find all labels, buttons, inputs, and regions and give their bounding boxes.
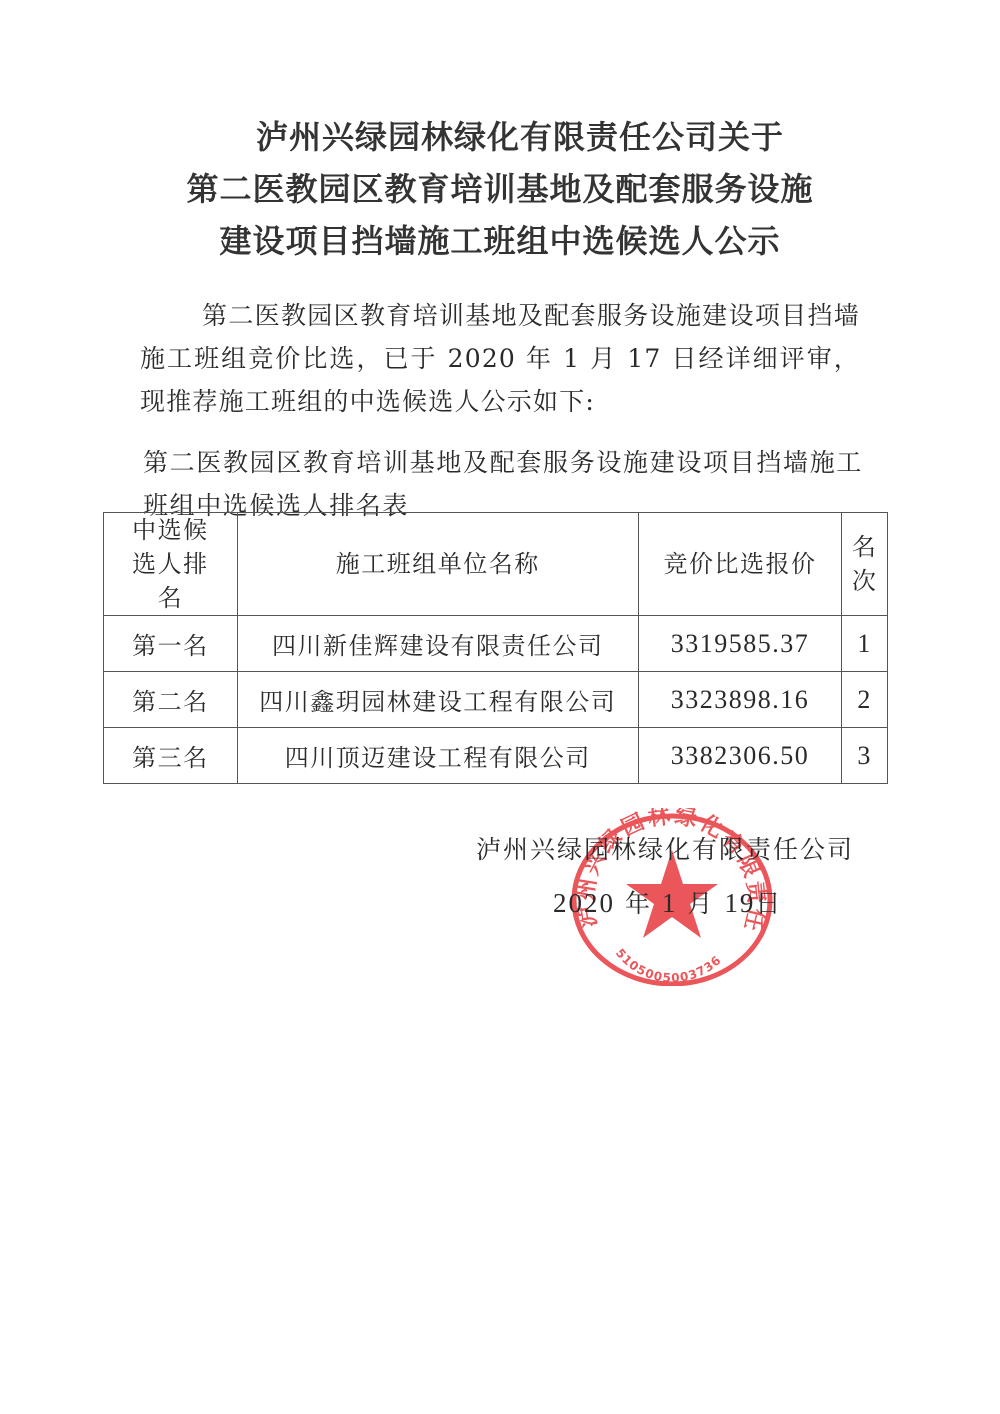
title-line-3: 建设项目挡墙施工班组中选候选人公示 bbox=[0, 216, 1000, 262]
table-header-row: 中选候选人排名 施工班组单位名称 竞价比选报价 名次 bbox=[104, 513, 888, 616]
bid-amount: 3319585.37 bbox=[638, 616, 841, 672]
place: 1 bbox=[842, 616, 888, 672]
table-row: 第三名 四川顶迈建设工程有限公司 3382306.50 3 bbox=[104, 728, 888, 784]
header-bid: 竞价比选报价 bbox=[638, 513, 841, 616]
candidate-ranking-table: 中选候选人排名 施工班组单位名称 竞价比选报价 名次 第一名 四川新佳辉建设有限… bbox=[103, 512, 888, 784]
company-name: 四川顶迈建设工程有限公司 bbox=[237, 728, 638, 784]
place: 3 bbox=[842, 728, 888, 784]
header-company: 施工班组单位名称 bbox=[237, 513, 638, 616]
seal-code: 5105005003736 bbox=[613, 946, 725, 985]
signature-organization: 泸州兴绿园林绿化有限责任公司 bbox=[476, 830, 854, 866]
company-name: 四川新佳辉建设有限责任公司 bbox=[237, 616, 638, 672]
table-row: 第一名 四川新佳辉建设有限责任公司 3319585.37 1 bbox=[104, 616, 888, 672]
header-rank: 中选候选人排名 bbox=[104, 513, 238, 616]
day-char: 日 bbox=[755, 889, 782, 918]
bid-amount: 3382306.50 bbox=[638, 728, 841, 784]
header-place: 名次 bbox=[842, 513, 888, 616]
company-name: 四川鑫玥园林建设工程有限公司 bbox=[237, 672, 638, 728]
bid-amount: 3323898.16 bbox=[638, 672, 841, 728]
rank-label: 第一名 bbox=[104, 616, 238, 672]
table-row: 第二名 四川鑫玥园林建设工程有限公司 3323898.16 2 bbox=[104, 672, 888, 728]
rank-label: 第三名 bbox=[104, 728, 238, 784]
rank-label: 第二名 bbox=[104, 672, 238, 728]
signature-date: 2020 年 1 月 19日 bbox=[553, 884, 782, 920]
place: 2 bbox=[842, 672, 888, 728]
intro-paragraph: 第二医教园区教育培训基地及配套服务设施建设项目挡墙施工班组竞价比选，已于 202… bbox=[140, 294, 860, 423]
date-month: 1 bbox=[662, 888, 678, 918]
date-year: 2020 bbox=[553, 888, 615, 918]
year-char: 年 bbox=[625, 889, 652, 918]
month-char: 月 bbox=[687, 889, 714, 918]
title-line-1: 泸州兴绿园林绿化有限责任公司关于 bbox=[0, 112, 1000, 158]
date-day: 19 bbox=[724, 888, 755, 918]
title-line-2: 第二医教园区教育培训基地及配套服务设施 bbox=[0, 164, 1000, 210]
svg-text:5105005003736: 5105005003736 bbox=[613, 946, 725, 985]
